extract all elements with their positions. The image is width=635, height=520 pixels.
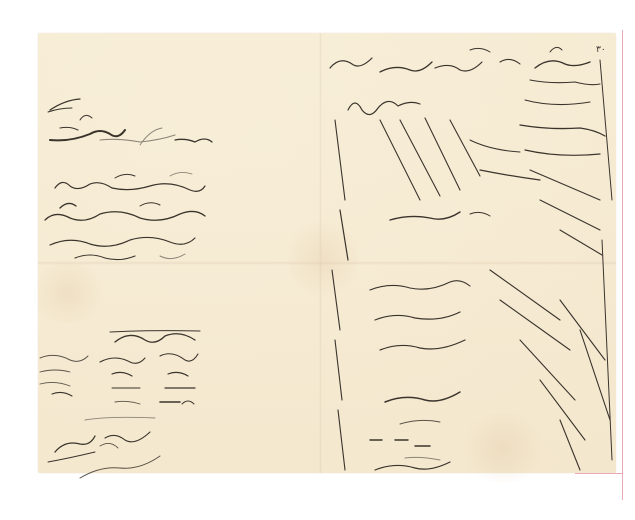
heading-line [48,99,212,145]
right-margin-diagonal [490,60,612,470]
signature-area [48,417,160,478]
rotated-column-block [348,101,540,220]
lower-entries-block [370,281,470,470]
handwriting-layer: ۳۰ [0,0,635,520]
scan-background: Handwritten manuscript scan Persian shik… [0,0,635,520]
body-lines [45,172,205,259]
diagonal-block-right [520,80,605,255]
top-numerals: ۳۰ [596,45,606,55]
ledger-columns [40,354,198,404]
ledger-header [110,331,200,343]
header-line [330,47,590,72]
left-vertical-column [332,120,348,470]
